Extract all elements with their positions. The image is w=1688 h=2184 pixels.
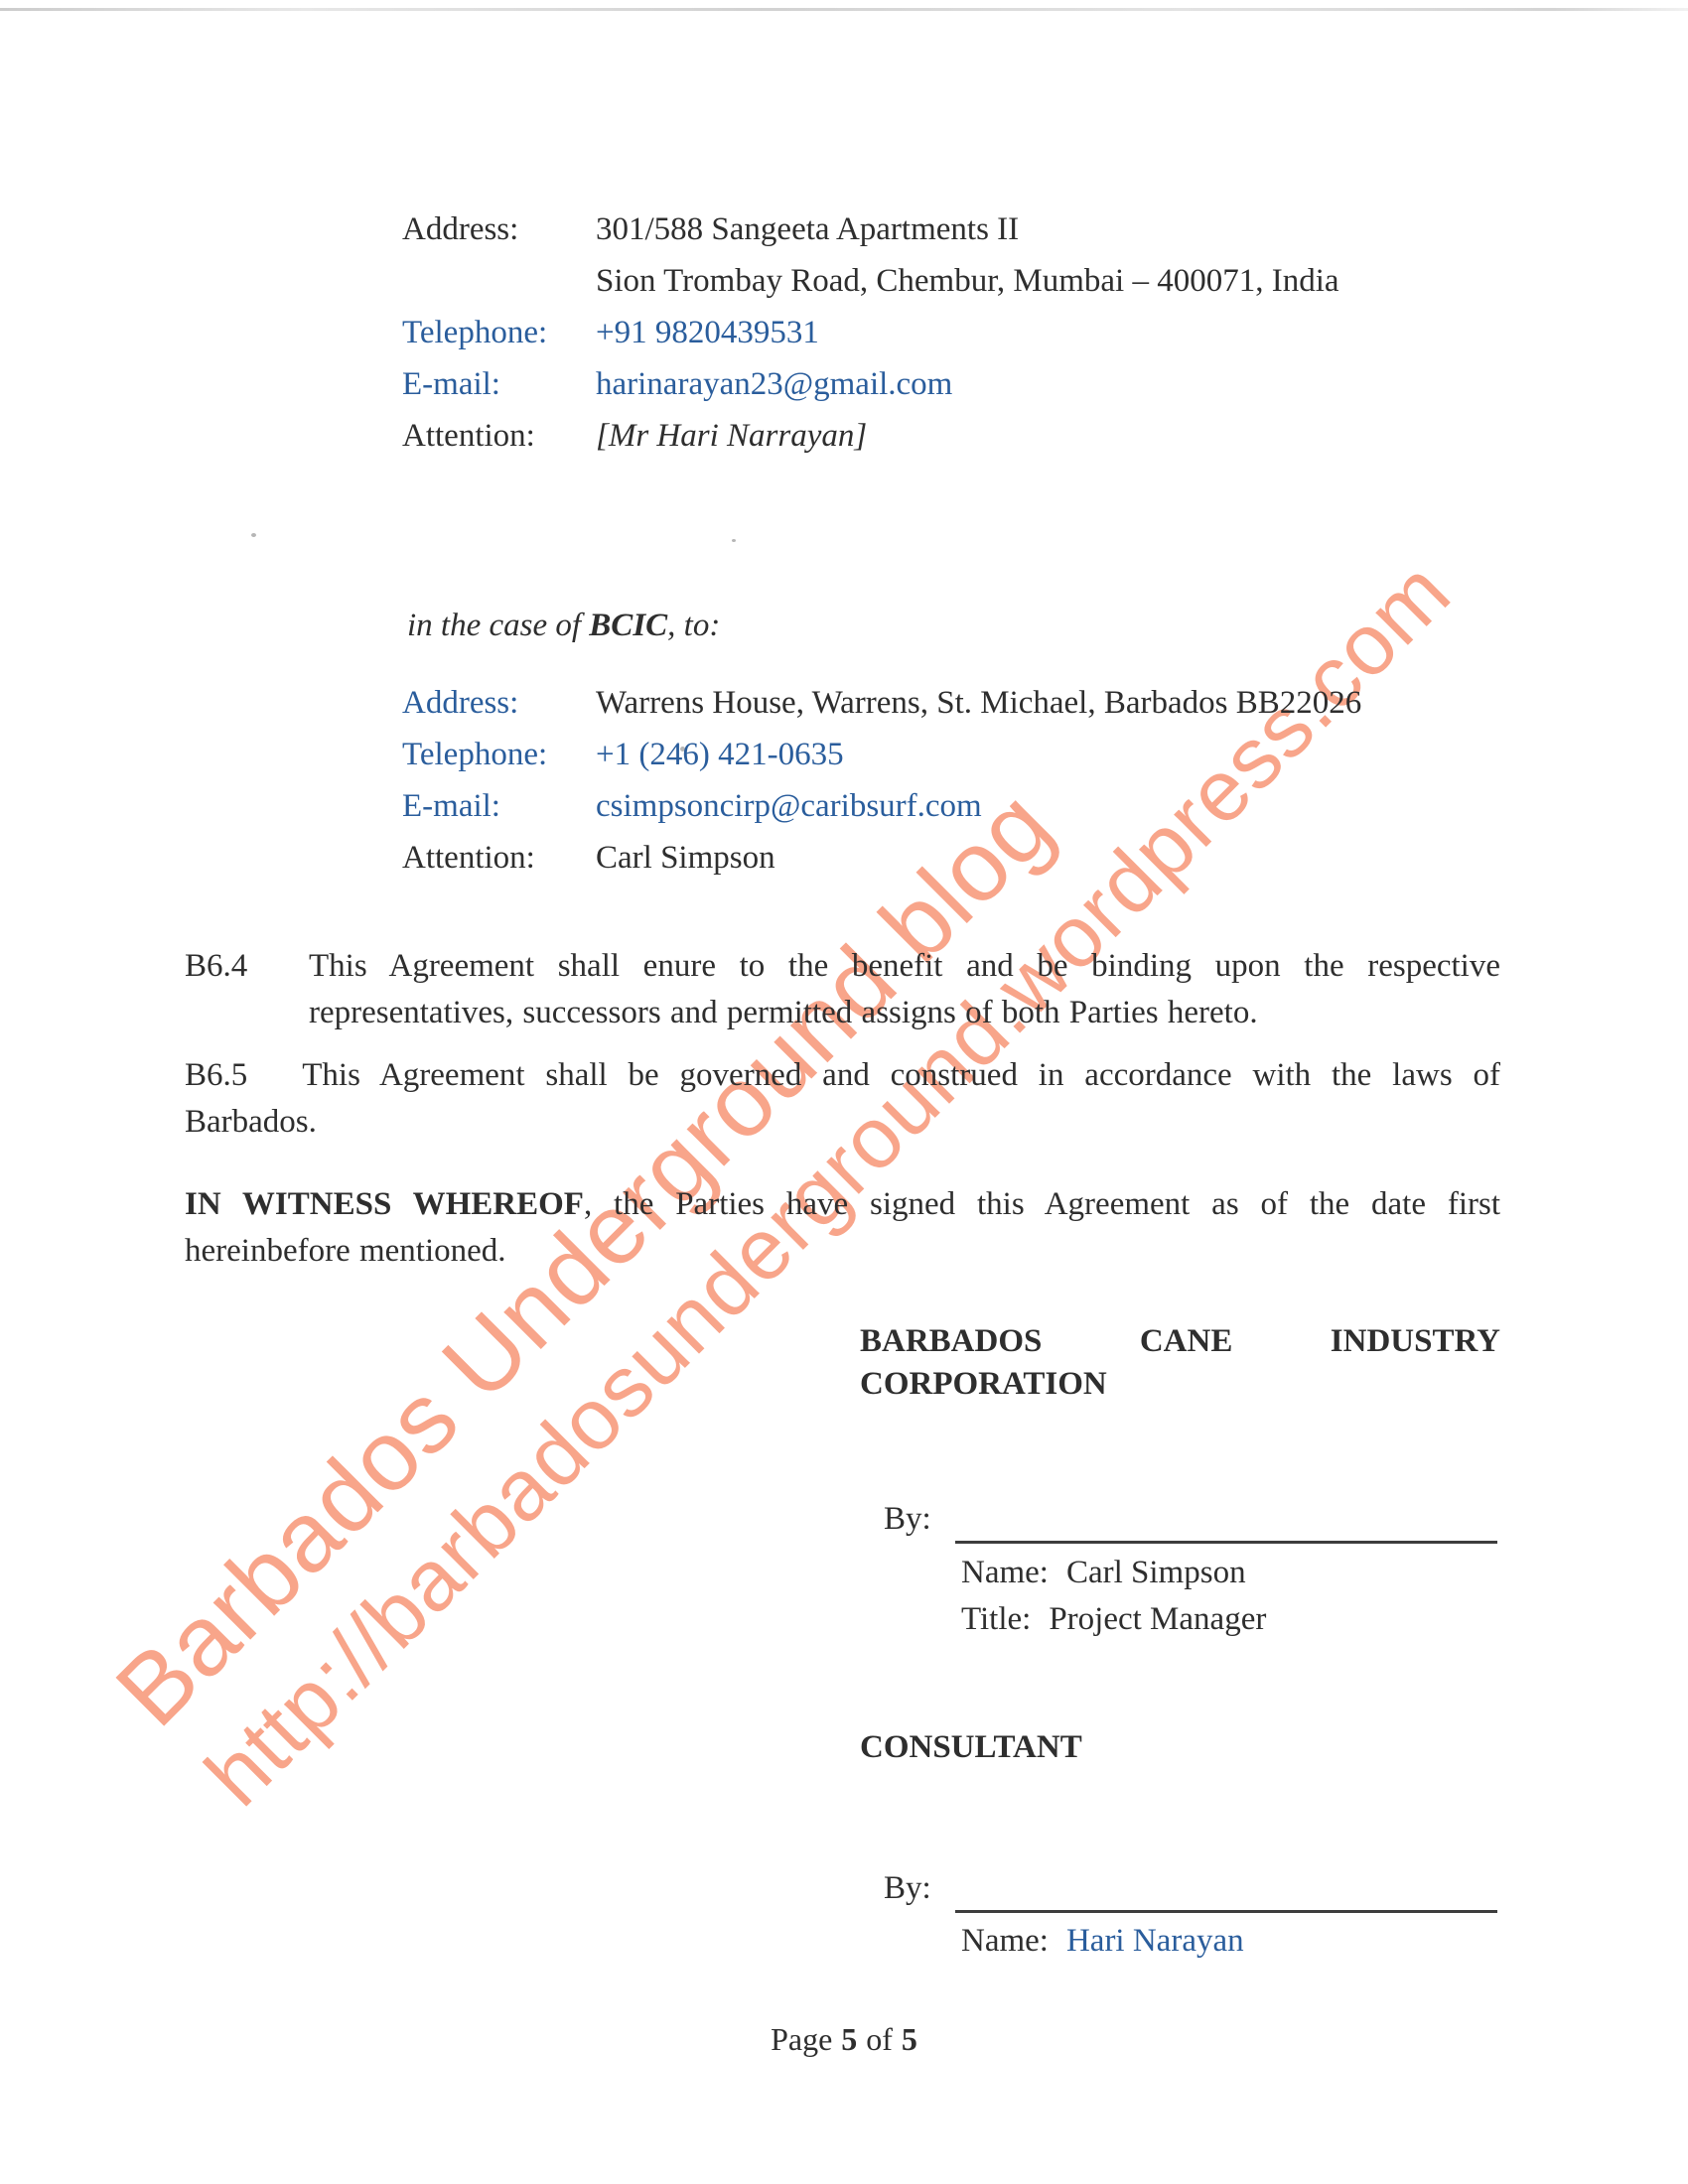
bcic-name-row: Name:Carl Simpson bbox=[961, 1555, 1246, 1591]
footer-current-page: 5 bbox=[841, 2021, 857, 2057]
consultant-address-line1: 301/588 Sangeeta Apartments II bbox=[596, 204, 1339, 255]
bcic-intro-bcic: BCIC bbox=[589, 608, 667, 643]
consultant-attention-label: Attention: bbox=[402, 410, 596, 462]
clause-b64-text: This Agreement shall enure to the benefi… bbox=[309, 943, 1500, 1036]
bcic-attention-value: Carl Simpson bbox=[596, 832, 1361, 884]
consultant-telephone-value: +91 9820439531 bbox=[596, 307, 1339, 358]
bcic-title-label: Title: bbox=[961, 1601, 1031, 1637]
bcic-email-value: csimpsoncirp@caribsurf.com bbox=[596, 780, 1361, 832]
footer-page-word: Page bbox=[771, 2021, 832, 2057]
consultant-attention-value: [Mr Hari Narrayan] bbox=[596, 410, 1339, 462]
consultant-address-label: Address: bbox=[402, 204, 596, 255]
consultant-signature-heading: CONSULTANT bbox=[860, 1729, 1082, 1766]
consultant-email-value: harinarayan23@gmail.com bbox=[596, 358, 1339, 410]
bcic-by-row: By: bbox=[884, 1501, 1497, 1544]
bcic-by-label: By: bbox=[884, 1501, 931, 1544]
consultant-name-value: Hari Narayan bbox=[1066, 1923, 1244, 1959]
consultant-by-label: By: bbox=[884, 1870, 931, 1913]
footer-total-pages: 5 bbox=[902, 2021, 917, 2057]
clause-b65-number: B6.5 bbox=[185, 1057, 247, 1093]
consultant-name-label: Name: bbox=[961, 1923, 1049, 1959]
bcic-address-label: Address: bbox=[402, 677, 596, 729]
bcic-signature-line bbox=[955, 1501, 1497, 1544]
bcic-title-row: Title:Project Manager bbox=[961, 1601, 1266, 1638]
bcic-name-value: Carl Simpson bbox=[1066, 1555, 1246, 1590]
consultant-name-row: Name:Hari Narayan bbox=[961, 1923, 1244, 1960]
consultant-contact-block: Address: 301/588 Sangeeta Apartments II … bbox=[402, 204, 1339, 462]
bcic-address-value: Warrens House, Warrens, St. Michael, Bar… bbox=[596, 677, 1361, 729]
consultant-telephone-label: Telephone: bbox=[402, 307, 596, 358]
bcic-intro-prefix: in the case of bbox=[407, 608, 589, 643]
bcic-signature-heading: BARBADOS CANE INDUSTRY CORPORATION bbox=[860, 1320, 1500, 1406]
witness-paragraph: IN WITNESS WHEREOF, the Parties have sig… bbox=[185, 1181, 1500, 1275]
clause-b64: B6.4 This Agreement shall enure to the b… bbox=[185, 943, 1500, 1036]
bcic-email-label: E-mail: bbox=[402, 780, 596, 832]
bcic-contact-block: Address: Warrens House, Warrens, St. Mic… bbox=[402, 677, 1361, 884]
page-footer: Page5of5 bbox=[0, 2021, 1688, 2058]
bcic-telephone-label: Telephone: bbox=[402, 729, 596, 780]
consultant-address-label-spacer bbox=[402, 255, 596, 307]
clause-b65-text: This Agreement shall be governed and con… bbox=[185, 1057, 1500, 1140]
footer-of-word: of bbox=[866, 2021, 893, 2057]
witness-bold-phrase: IN WITNESS WHEREOF bbox=[185, 1186, 584, 1222]
scanned-agreement-page: Barbados Underground blog http://barbado… bbox=[0, 0, 1688, 2184]
bcic-attention-label: Attention: bbox=[402, 832, 596, 884]
clause-b65: B6.5This Agreement shall be governed and… bbox=[185, 1052, 1500, 1146]
bcic-name-label: Name: bbox=[961, 1555, 1049, 1590]
bcic-telephone-value: +1 (246) 421-0635 bbox=[596, 729, 1361, 780]
clause-b64-number: B6.4 bbox=[185, 943, 247, 990]
consultant-signature-line bbox=[955, 1870, 1497, 1913]
bcic-intro-line: in the case of BCIC, to: bbox=[407, 608, 720, 644]
consultant-by-row: By: bbox=[884, 1870, 1497, 1913]
bcic-intro-suffix: , to: bbox=[667, 608, 720, 643]
bcic-title-value: Project Manager bbox=[1049, 1601, 1266, 1637]
consultant-address-line2: Sion Trombay Road, Chembur, Mumbai – 400… bbox=[596, 255, 1339, 307]
document-content: Address: 301/588 Sangeeta Apartments II … bbox=[0, 0, 1688, 2184]
consultant-email-label: E-mail: bbox=[402, 358, 596, 410]
